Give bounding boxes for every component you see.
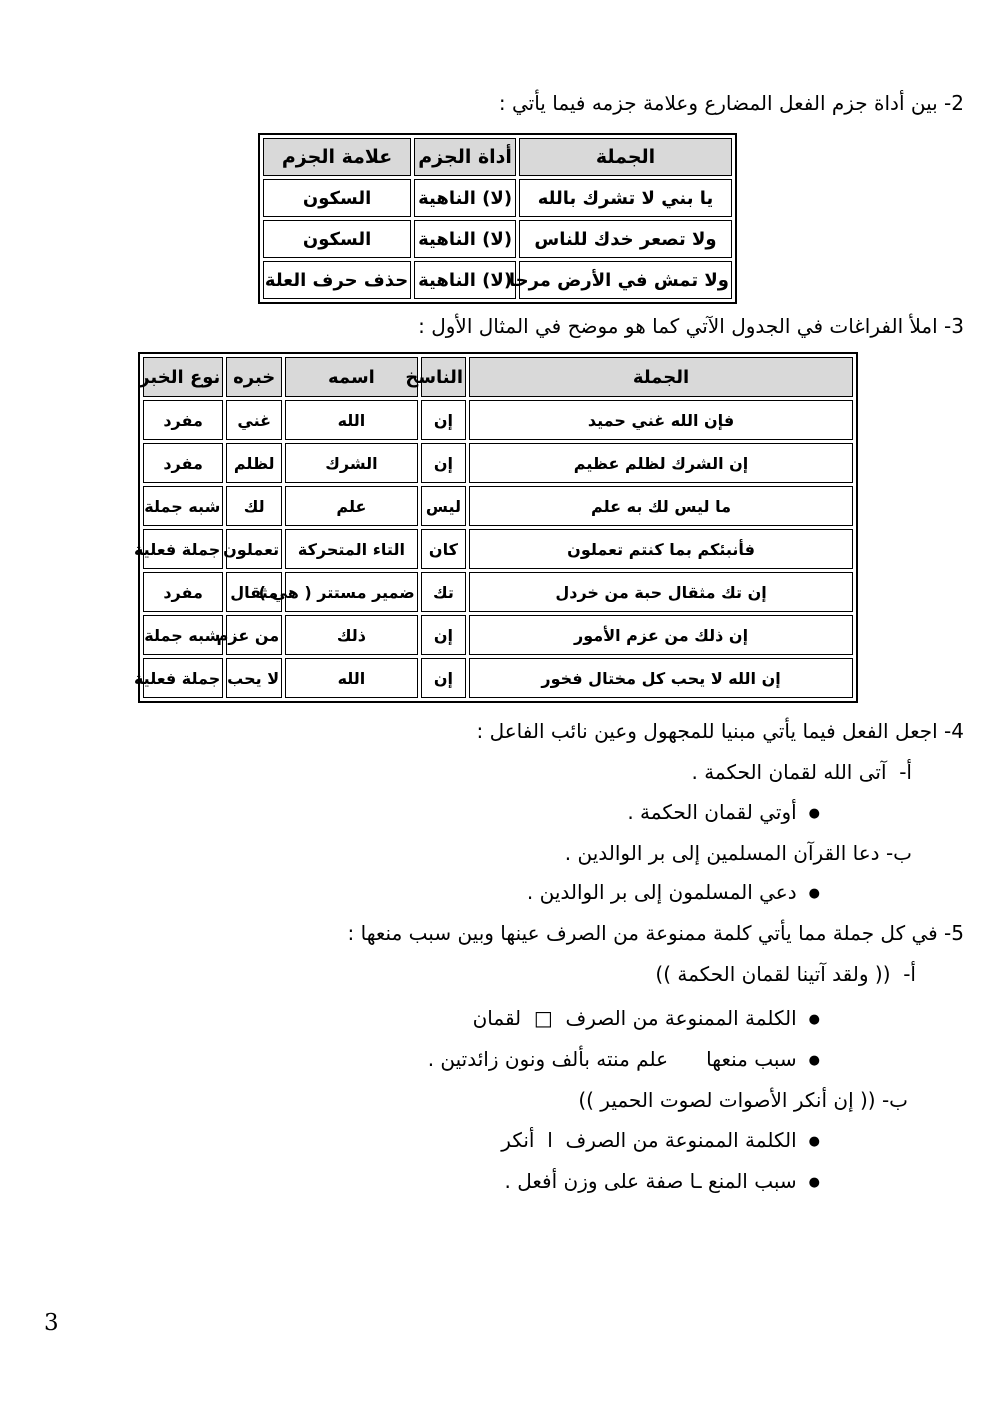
table-cell: السكون xyxy=(263,179,411,217)
table-cell: غني xyxy=(226,400,282,440)
table-cell: شبه جملة xyxy=(143,615,223,655)
table-cell: لك xyxy=(226,486,282,526)
nawasikh-table-header-row: الجملة الناسخ اسمه خبره نوع الخبر xyxy=(143,357,853,397)
section4-heading: 4- اجعل الفعل فيما يأتي مبنيا للمجهول وع… xyxy=(476,716,964,746)
table-cell: إن xyxy=(421,443,466,483)
section4-item-a-answer: ●أوتي لقمان الحكمة . xyxy=(627,797,820,829)
table-cell: الشرك xyxy=(285,443,418,483)
column-header: علامة الجزم xyxy=(263,138,411,176)
table-cell: مفرد xyxy=(143,400,223,440)
table-cell: فإن الله غني حميد xyxy=(469,400,853,440)
nawasikh-table: الجملة الناسخ اسمه خبره نوع الخبر فإن ال… xyxy=(138,352,858,703)
column-header: الجملة xyxy=(519,138,732,176)
answer-text: الكلمة الممنوعة من الصرف ا أنكر xyxy=(501,1128,796,1152)
table-cell: ذلك xyxy=(285,615,418,655)
table-cell: مثقال xyxy=(226,572,282,612)
jazm-table: الجملة أداة الجزم علامة الجزم يا بني لا … xyxy=(258,133,737,304)
section3-heading: 3- املأ الفراغات في الجدول الآتي كما هو … xyxy=(418,311,964,341)
table-cell: ولا تصعر خدك للناس xyxy=(519,220,732,258)
table-cell: شبه جملة xyxy=(143,486,223,526)
table-cell: جملة فعلية xyxy=(143,529,223,569)
answer-text: سبب المنع ـا صفة على وزن أفعل . xyxy=(505,1169,797,1193)
table-cell: ولا تمش في الأرض مرحا xyxy=(519,261,732,299)
section5-item-a: أ- (( ولقد آتينا لقمان الحكمة )) xyxy=(655,959,916,989)
bullet-icon: ● xyxy=(809,1005,820,1035)
section5-item-b-answer2: ●سبب المنع ـا صفة على وزن أفعل . xyxy=(505,1166,820,1198)
document-page: 2- بين أداة جزم الفعل المضارع وعلامة جزم… xyxy=(0,0,992,1403)
table-row: إن الشرك لظلم عظيم إن الشرك لظلم مفرد xyxy=(143,443,853,483)
table-row: إن تك مثقال حبة من خردل تك ضمير مستتر ( … xyxy=(143,572,853,612)
table-cell: إن xyxy=(421,658,466,698)
section5-item-b: ب- (( إن أنكر الأصوات لصوت الحمير )) xyxy=(578,1085,908,1115)
table-row: فإن الله غني حميد إن الله غني مفرد xyxy=(143,400,853,440)
column-header: الناسخ xyxy=(421,357,466,397)
section4-item-b-answer: ●دعي المسلمون إلى بر الوالدين . xyxy=(527,877,820,909)
answer-text: أوتي لقمان الحكمة . xyxy=(627,800,796,824)
table-cell: ضمير مستتر ( هي ) xyxy=(285,572,418,612)
table-cell: من عزم xyxy=(226,615,282,655)
table-cell: مفرد xyxy=(143,572,223,612)
column-header: خبره xyxy=(226,357,282,397)
answer-text: سبب منعها علم منته بألف ونون زائدتين . xyxy=(428,1047,797,1071)
table-cell: التاء المتحركة xyxy=(285,529,418,569)
table-cell: إن تك مثقال حبة من خردل xyxy=(469,572,853,612)
table-row: فأنبئكم بما كنتم تعملون كان التاء المتحر… xyxy=(143,529,853,569)
table-cell: تك xyxy=(421,572,466,612)
column-header: اسمه xyxy=(285,357,418,397)
section4-item-b: ب- دعا القرآن المسلمين إلى بر الوالدين . xyxy=(565,838,912,868)
bullet-icon: ● xyxy=(809,1168,820,1198)
table-row: يا بني لا تشرك بالله (لا) الناهية السكون xyxy=(263,179,732,217)
table-cell: تعملون xyxy=(226,529,282,569)
table-row: ولا تمش في الأرض مرحا (لا) الناهية حذف ح… xyxy=(263,261,732,299)
table-cell: ما ليس لك به علم xyxy=(469,486,853,526)
section5-item-b-answer1: ●الكلمة الممنوعة من الصرف ا أنكر xyxy=(501,1125,820,1157)
table-cell: الله xyxy=(285,400,418,440)
section2-heading: 2- بين أداة جزم الفعل المضارع وعلامة جزم… xyxy=(499,88,964,118)
table-cell: مفرد xyxy=(143,443,223,483)
table-cell: السكون xyxy=(263,220,411,258)
bullet-icon: ● xyxy=(809,1127,820,1157)
section5-item-a-answer1: ●الكلمة الممنوعة من الصرف □ لقمان xyxy=(473,1003,820,1035)
section4-item-a: أ- آتى الله لقمان الحكمة . xyxy=(691,757,912,787)
answer-text: الكلمة الممنوعة من الصرف □ لقمان xyxy=(473,1006,797,1030)
column-header: الجملة xyxy=(469,357,853,397)
table-row: ما ليس لك به علم ليس علم لك شبه جملة xyxy=(143,486,853,526)
table-cell: لظلم xyxy=(226,443,282,483)
table-row: إن ذلك من عزم الأمور إن ذلك من عزم شبه ج… xyxy=(143,615,853,655)
jazm-table-header-row: الجملة أداة الجزم علامة الجزم xyxy=(263,138,732,176)
bullet-icon: ● xyxy=(809,1046,820,1076)
table-cell: الله xyxy=(285,658,418,698)
column-header: نوع الخبر xyxy=(143,357,223,397)
table-cell: إن ذلك من عزم الأمور xyxy=(469,615,853,655)
table-cell: كان xyxy=(421,529,466,569)
table-cell: فأنبئكم بما كنتم تعملون xyxy=(469,529,853,569)
table-cell: علم xyxy=(285,486,418,526)
table-row: ولا تصعر خدك للناس (لا) الناهية السكون xyxy=(263,220,732,258)
section5-heading: 5- في كل جملة مما يأتي كلمة ممنوعة من ال… xyxy=(348,918,965,948)
table-cell: إن xyxy=(421,615,466,655)
bullet-icon: ● xyxy=(809,879,820,909)
table-cell: حذف حرف العلة xyxy=(263,261,411,299)
table-row: إن الله لا يحب كل مختال فخور إن الله لا … xyxy=(143,658,853,698)
answer-text: دعي المسلمون إلى بر الوالدين . xyxy=(527,880,797,904)
section5-item-a-answer2: ●سبب منعها علم منته بألف ونون زائدتين . xyxy=(428,1044,820,1076)
table-cell: (لا) الناهية xyxy=(414,220,516,258)
page-number: 3 xyxy=(44,1310,59,1336)
table-cell: ليس xyxy=(421,486,466,526)
bullet-icon: ● xyxy=(809,799,820,829)
table-cell: لا يحب xyxy=(226,658,282,698)
table-cell: إن الشرك لظلم عظيم xyxy=(469,443,853,483)
table-cell: يا بني لا تشرك بالله xyxy=(519,179,732,217)
column-header: أداة الجزم xyxy=(414,138,516,176)
table-cell: إن الله لا يحب كل مختال فخور xyxy=(469,658,853,698)
table-cell: جملة فعلية xyxy=(143,658,223,698)
table-cell: إن xyxy=(421,400,466,440)
table-cell: (لا) الناهية xyxy=(414,179,516,217)
table-cell: (لا) الناهية xyxy=(414,261,516,299)
